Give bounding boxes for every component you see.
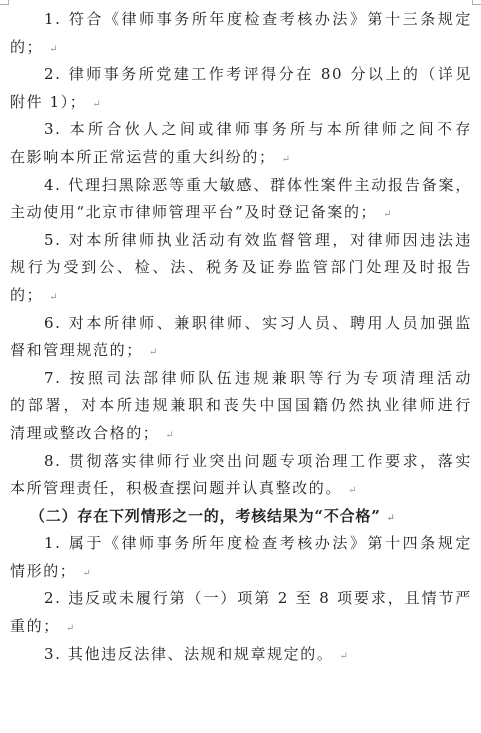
text-line: 规行为受到公、检、法、税务及证券监管部门处理及时报告 <box>10 254 472 282</box>
text-line: 3. 其他违反法律、法规和规章规定的。↵ <box>10 641 472 669</box>
list-item-4: 4. 代理扫黑除恶等重大敏感、群体性案件主动报告备案， 主动使用“北京市律师管理… <box>10 172 472 227</box>
text-line: 1. 符合《律师事务所年度检查考核办法》第十三条规定 <box>10 6 472 34</box>
paragraph-mark-icon: ↵ <box>82 568 90 579</box>
page-corner-mark-right <box>472 0 481 5</box>
text-line: 3. 本所合伙人之间或律师事务所与本所律师之间不存 <box>10 116 472 144</box>
paragraph-mark-icon: ↵ <box>92 99 100 110</box>
document-page: 1. 符合《律师事务所年度检查考核办法》第十三条规定 的；↵ 2. 律师事务所党… <box>10 6 472 668</box>
list-item-2-2: 2. 违反或未履行第（一）项第 2 至 8 项要求，且情节严 重的；↵ <box>10 585 472 640</box>
text-line: 2. 违反或未履行第（一）项第 2 至 8 项要求，且情节严 <box>10 585 472 613</box>
list-item-3: 3. 本所合伙人之间或律师事务所与本所律师之间不存 在影响本所正常运营的重大纠纷… <box>10 116 472 171</box>
list-item-1: 1. 符合《律师事务所年度检查考核办法》第十三条规定 的；↵ <box>10 6 472 61</box>
text-line: 的；↵ <box>10 34 472 62</box>
text-line: 1. 属于《律师事务所年度检查考核办法》第十四条规定 <box>10 530 472 558</box>
text-line: 在影响本所正常运营的重大纠纷的；↵ <box>10 144 472 172</box>
section-heading: （二）存在下列情形之一的，考核结果为“不合格”↵ <box>10 503 472 531</box>
paragraph-mark-icon: ↵ <box>339 651 347 662</box>
list-item-2: 2. 律师事务所党建工作考评得分在 80 分以上的（详见 附件 1）；↵ <box>10 61 472 116</box>
text-line: 重的；↵ <box>10 613 472 641</box>
text-line: 督和管理规范的；↵ <box>10 337 472 365</box>
list-item-2-1: 1. 属于《律师事务所年度检查考核办法》第十四条规定 情形的；↵ <box>10 530 472 585</box>
paragraph-mark-icon: ↵ <box>282 154 290 165</box>
text-line: 8. 贯彻落实律师行业突出问题专项治理工作要求，落实 <box>10 448 472 476</box>
text-line: 清理或整改合格的；↵ <box>10 420 472 448</box>
text-line: 附件 1）；↵ <box>10 89 472 117</box>
paragraph-mark-icon: ↵ <box>49 292 57 303</box>
paragraph-mark-icon: ↵ <box>49 44 57 55</box>
paragraph-mark-icon: ↵ <box>149 347 157 358</box>
text-line: 7. 按照司法部律师队伍违规兼职等行为专项清理活动 <box>10 365 472 393</box>
paragraph-mark-icon: ↵ <box>387 513 395 524</box>
text-line: 的部署，对本所违规兼职和丧失中国国籍仍然执业律师进行 <box>10 392 472 420</box>
text-line: 情形的；↵ <box>10 558 472 586</box>
paragraph-mark-icon: ↵ <box>348 485 356 496</box>
text-line: 6. 对本所律师、兼职律师、实习人员、聘用人员加强监 <box>10 310 472 338</box>
text-line: 2. 律师事务所党建工作考评得分在 80 分以上的（详见 <box>10 61 472 89</box>
text-line: 的；↵ <box>10 282 472 310</box>
paragraph-mark-icon: ↵ <box>66 623 74 634</box>
list-item-5: 5. 对本所律师执业活动有效监督管理，对律师因违法违 规行为受到公、检、法、税务… <box>10 227 472 310</box>
list-item-2-3: 3. 其他违反法律、法规和规章规定的。↵ <box>10 641 472 669</box>
paragraph-mark-icon: ↵ <box>383 209 391 220</box>
paragraph-mark-icon: ↵ <box>165 430 173 441</box>
text-line: 主动使用“北京市律师管理平台”及时登记备案的；↵ <box>10 199 472 227</box>
text-line: 本所管理责任，积极查摆问题并认真整改的。↵ <box>10 475 472 503</box>
list-item-6: 6. 对本所律师、兼职律师、实习人员、聘用人员加强监 督和管理规范的；↵ <box>10 310 472 365</box>
list-item-7: 7. 按照司法部律师队伍违规兼职等行为专项清理活动 的部署，对本所违规兼职和丧失… <box>10 365 472 448</box>
page-corner-mark-left <box>0 0 9 5</box>
list-item-8: 8. 贯彻落实律师行业突出问题专项治理工作要求，落实 本所管理责任，积极查摆问题… <box>10 448 472 503</box>
text-line: 5. 对本所律师执业活动有效监督管理，对律师因违法违 <box>10 227 472 255</box>
text-line: 4. 代理扫黑除恶等重大敏感、群体性案件主动报告备案， <box>10 172 472 200</box>
